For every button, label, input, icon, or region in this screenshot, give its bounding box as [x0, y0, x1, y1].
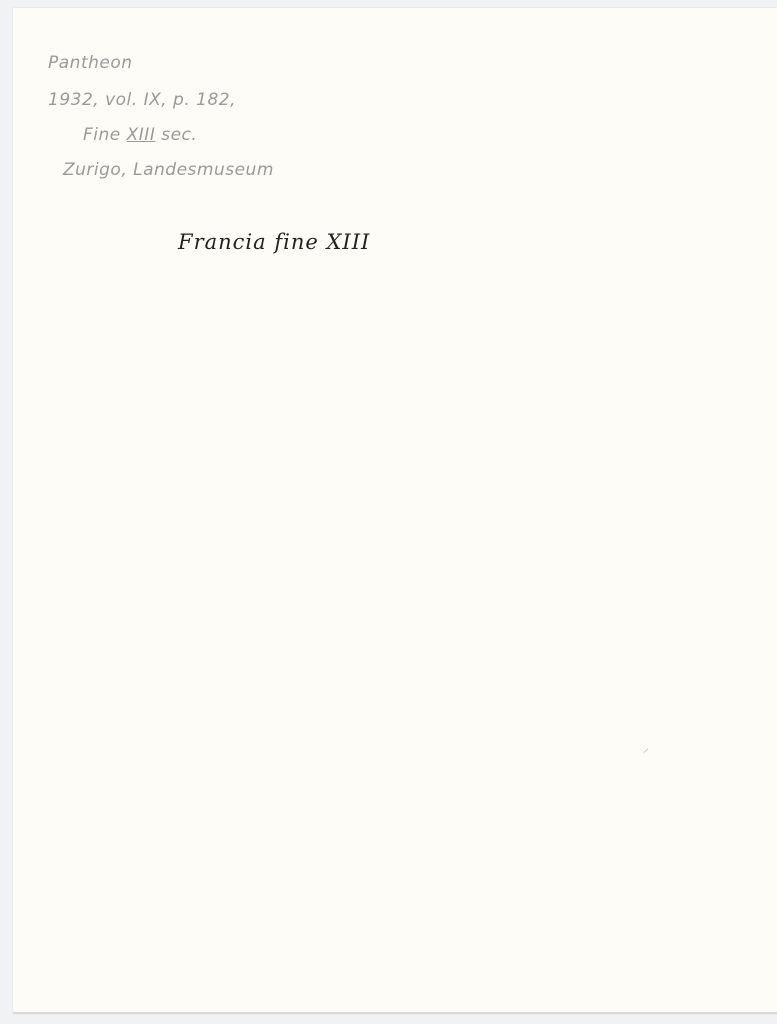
pencil-note-line-2: 1932, vol. IX, p. 182,: [48, 90, 236, 110]
paper-mark: [644, 748, 649, 753]
paper-sheet: Pantheon 1932, vol. IX, p. 182, Fine XII…: [13, 8, 777, 1014]
pencil-note-prefix: Fine: [83, 125, 127, 145]
pencil-note-line-3: Fine XIII sec.: [83, 125, 197, 145]
pencil-note-suffix: sec.: [155, 125, 197, 145]
ink-note: Francia fine XIII: [178, 230, 370, 254]
pencil-note-line-1: Pantheon: [48, 53, 133, 73]
pencil-note-century: XIII: [127, 125, 156, 145]
pencil-note-line-4: Zurigo, Landesmuseum: [63, 160, 274, 180]
